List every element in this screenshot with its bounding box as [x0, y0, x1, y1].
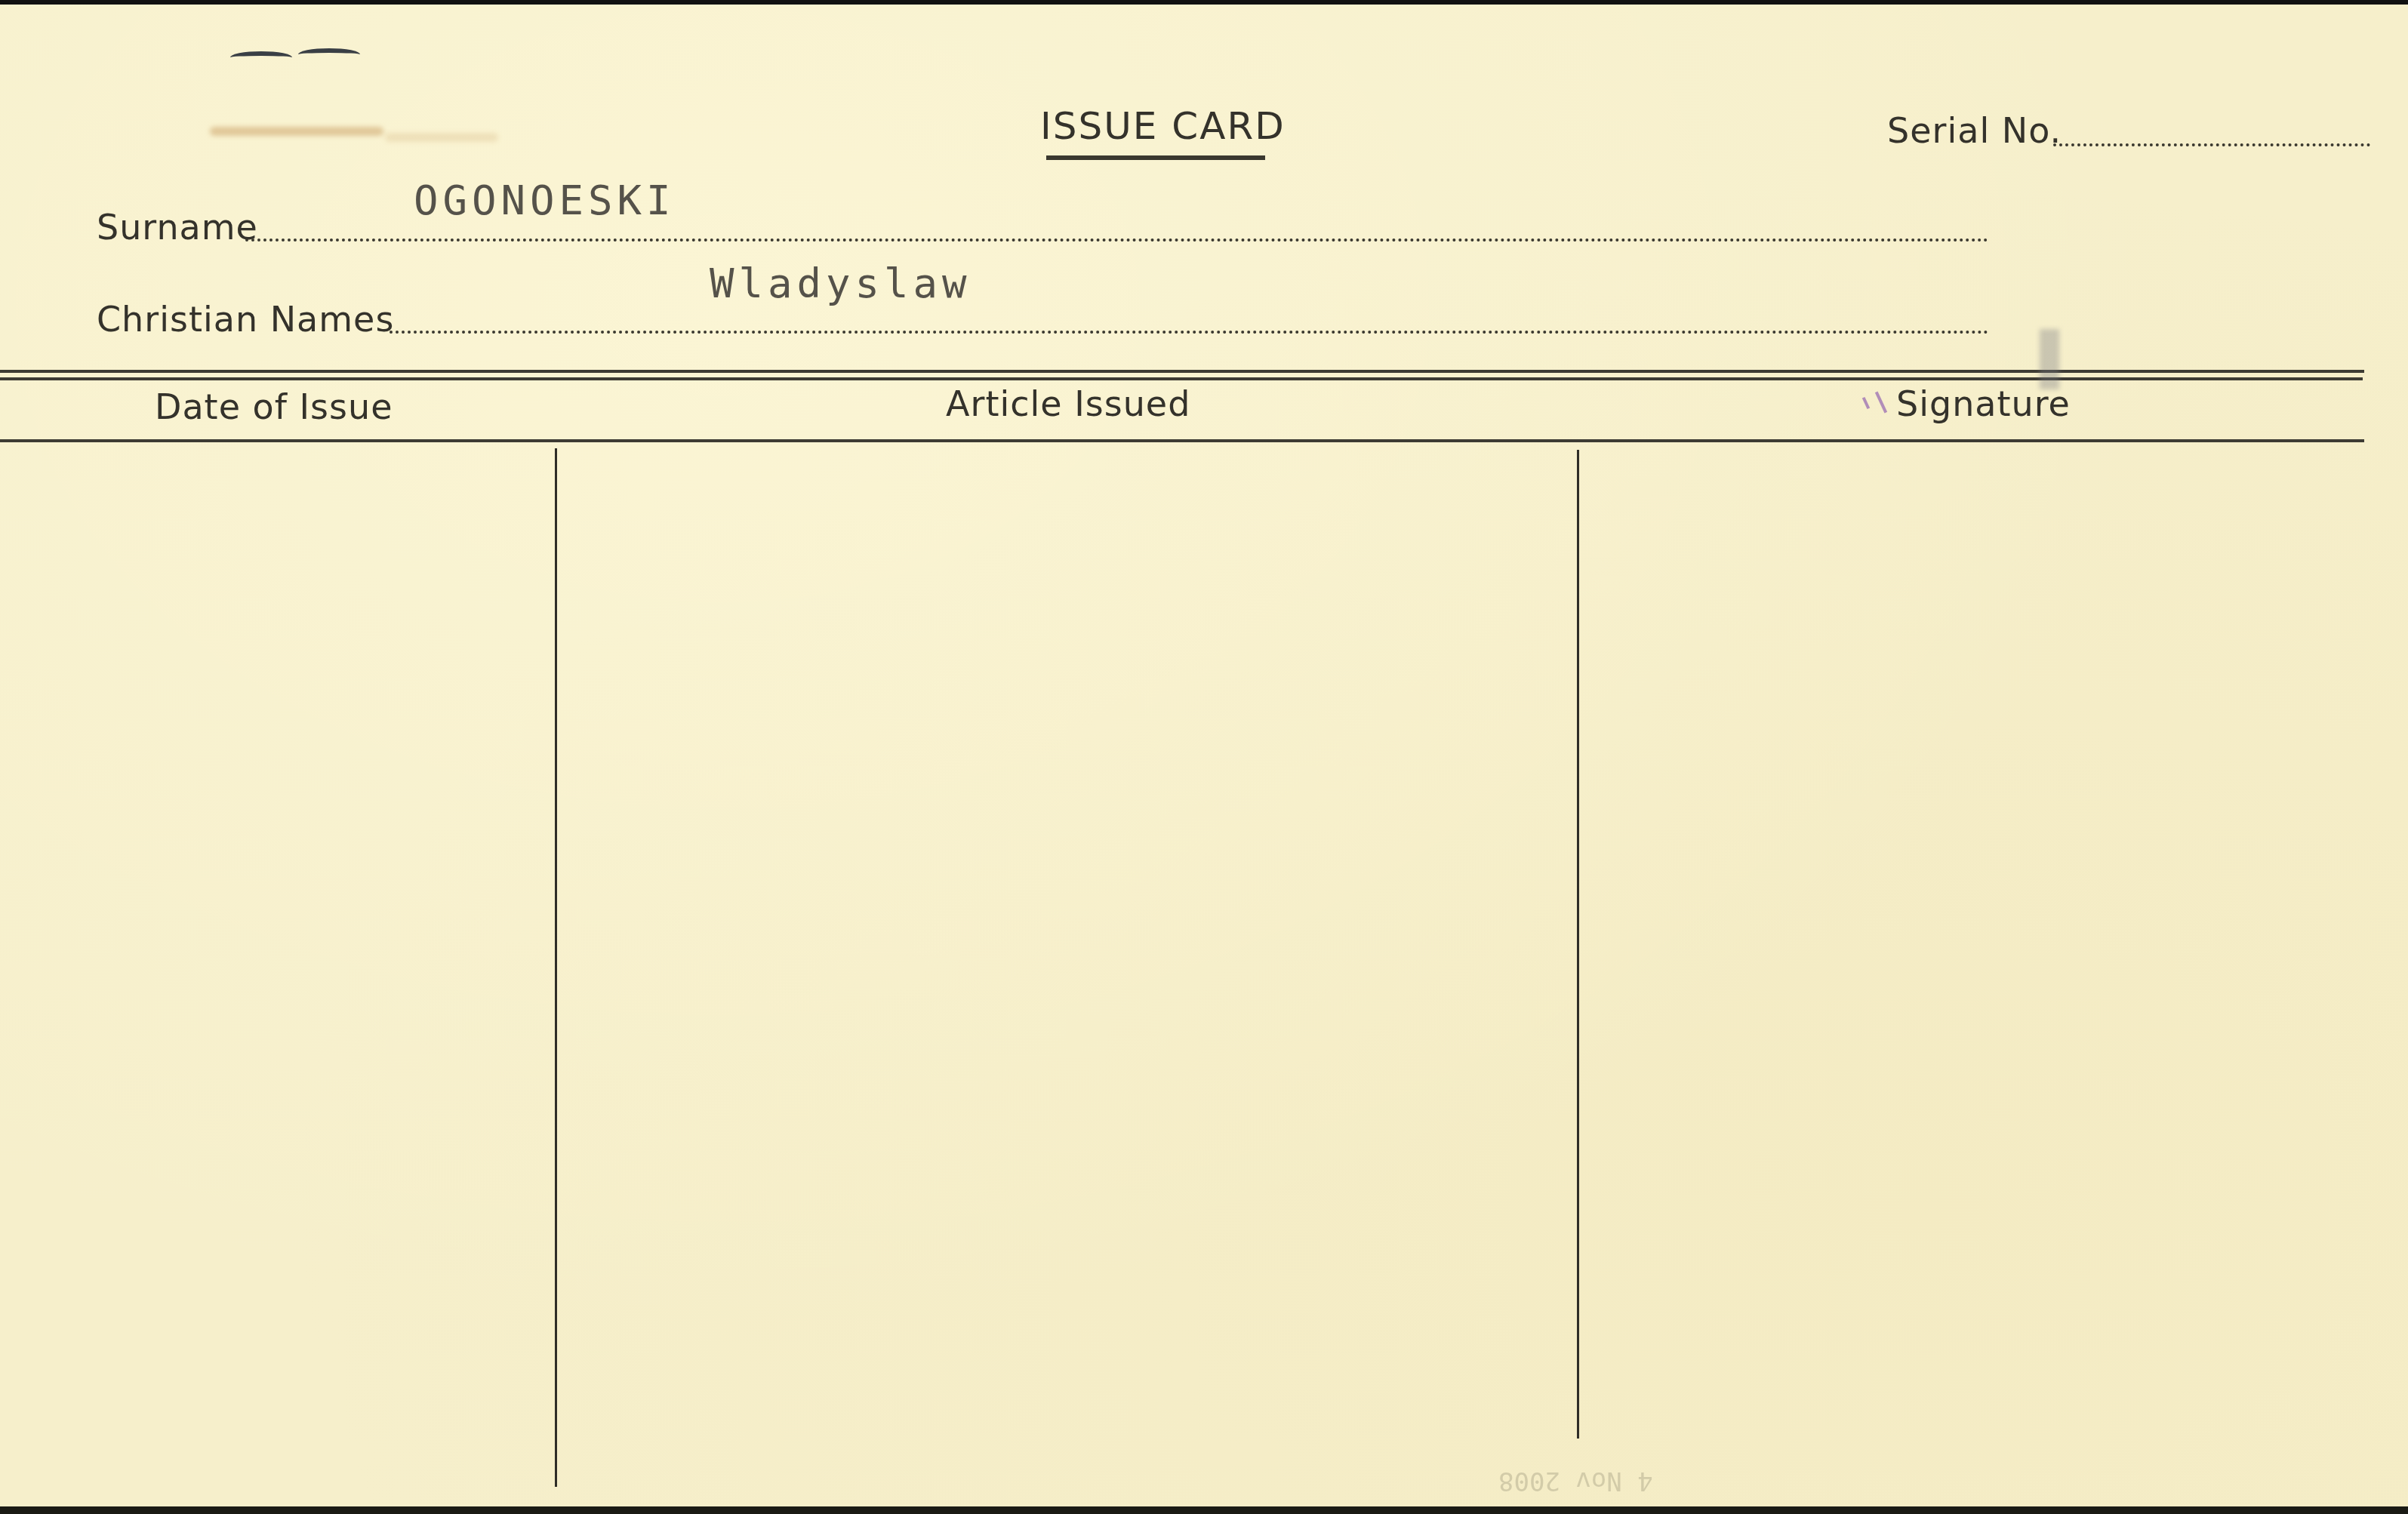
faint-stamp: 4 Nov 2008 — [1498, 1466, 1653, 1496]
staple-mark-left — [230, 51, 292, 63]
ink-smudge — [2040, 329, 2059, 389]
column-header-article-issued: Article Issued — [946, 383, 1190, 424]
date-of-issue-column-area[interactable] — [0, 450, 553, 1491]
christian-names-value: Wladyslaw — [710, 260, 972, 307]
christian-names-field[interactable] — [390, 331, 1989, 334]
christian-names-label: Christian Names — [97, 299, 394, 340]
card-title: ISSUE CARD — [1040, 104, 1286, 148]
header-rule-top — [0, 370, 2364, 373]
rust-stain — [210, 127, 383, 136]
article-issued-column-area[interactable] — [559, 450, 1575, 1491]
staple-mark-right — [298, 48, 360, 60]
header-rule-second — [0, 377, 2363, 380]
column-divider-1 — [555, 448, 557, 1487]
serial-number-field[interactable] — [2053, 143, 2370, 146]
header-rule-bottom — [0, 439, 2364, 442]
column-divider-2 — [1577, 450, 1579, 1439]
surname-value: OGONOESKI — [414, 177, 676, 224]
surname-field[interactable] — [245, 238, 1989, 242]
surname-label: Surname — [97, 207, 258, 248]
rust-stain-faint — [385, 133, 498, 142]
issue-card: ISSUE CARD Serial No. Surname OGONOESKI … — [0, 5, 2408, 1506]
serial-number-label: Serial No. — [1887, 110, 2062, 151]
purple-ink-mark-2 — [1875, 392, 1887, 414]
column-header-date-of-issue: Date of Issue — [155, 386, 393, 427]
signature-column-area[interactable] — [1581, 450, 2403, 1491]
column-header-signature: Signature — [1896, 383, 2071, 424]
title-underline — [1046, 155, 1265, 160]
purple-ink-mark — [1862, 397, 1870, 409]
